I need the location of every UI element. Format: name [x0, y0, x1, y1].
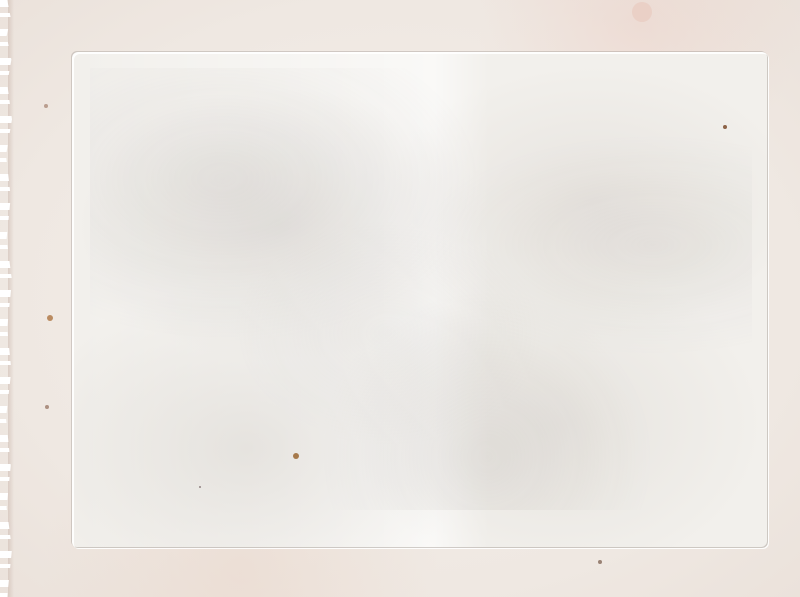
foxing-spot — [45, 405, 49, 409]
foxing-spot — [723, 125, 727, 129]
foxing-spot — [47, 315, 53, 321]
foxing-spot — [632, 2, 652, 22]
paper-sheet — [0, 0, 800, 597]
foxing-spot — [598, 560, 602, 564]
image-show-through — [90, 68, 752, 510]
foxing-spot — [199, 486, 201, 488]
foxing-spot — [293, 453, 299, 459]
foxing-spot — [44, 104, 48, 108]
